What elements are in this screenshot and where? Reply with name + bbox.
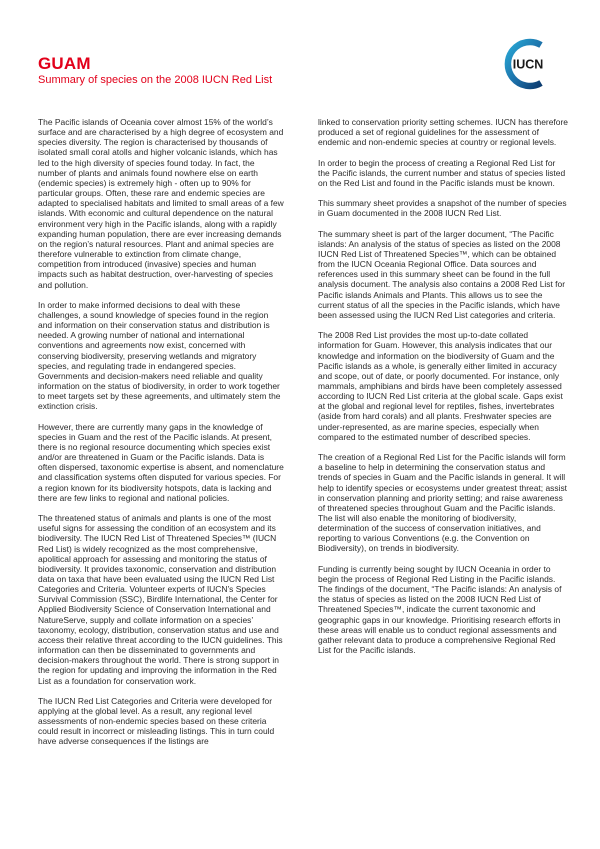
iucn-logo: IUCN <box>497 35 555 93</box>
document-header: GUAM Summary of species on the 2008 IUCN… <box>38 55 272 87</box>
paragraph-regional-guidelines: linked to conservation priority setting … <box>318 117 568 147</box>
iucn-logo-icon: IUCN <box>497 35 555 93</box>
paragraph-regional-baseline: The creation of a Regional Red List for … <box>318 452 568 554</box>
paragraph-summary-snapshot: This summary sheet provides a snapshot o… <box>318 198 568 218</box>
paragraph-threatened-status: The threatened status of animals and pla… <box>38 513 284 686</box>
left-column: The Pacific islands of Oceania cover alm… <box>38 117 284 757</box>
right-column: linked to conservation priority setting … <box>318 117 568 665</box>
paragraph-2008-red-list: The 2008 Red List provides the most up-t… <box>318 330 568 442</box>
logo-text: IUCN <box>513 58 544 72</box>
paragraph-intro: The Pacific islands of Oceania cover alm… <box>38 117 284 290</box>
paragraph-categories-criteria: The IUCN Red List Categories and Criteri… <box>38 696 284 747</box>
paragraph-funding: Funding is currently being sought by IUC… <box>318 564 568 655</box>
paragraph-knowledge-gaps: However, there are currently many gaps i… <box>38 422 284 503</box>
paragraph-larger-document: The summary sheet is part of the larger … <box>318 229 568 320</box>
page-subtitle: Summary of species on the 2008 IUCN Red … <box>38 74 272 87</box>
paragraph-informed-decisions: In order to make informed decisions to d… <box>38 300 284 412</box>
paragraph-regional-red-list-process: In order to begin the process of creatin… <box>318 158 568 188</box>
page-title: GUAM <box>38 55 272 73</box>
